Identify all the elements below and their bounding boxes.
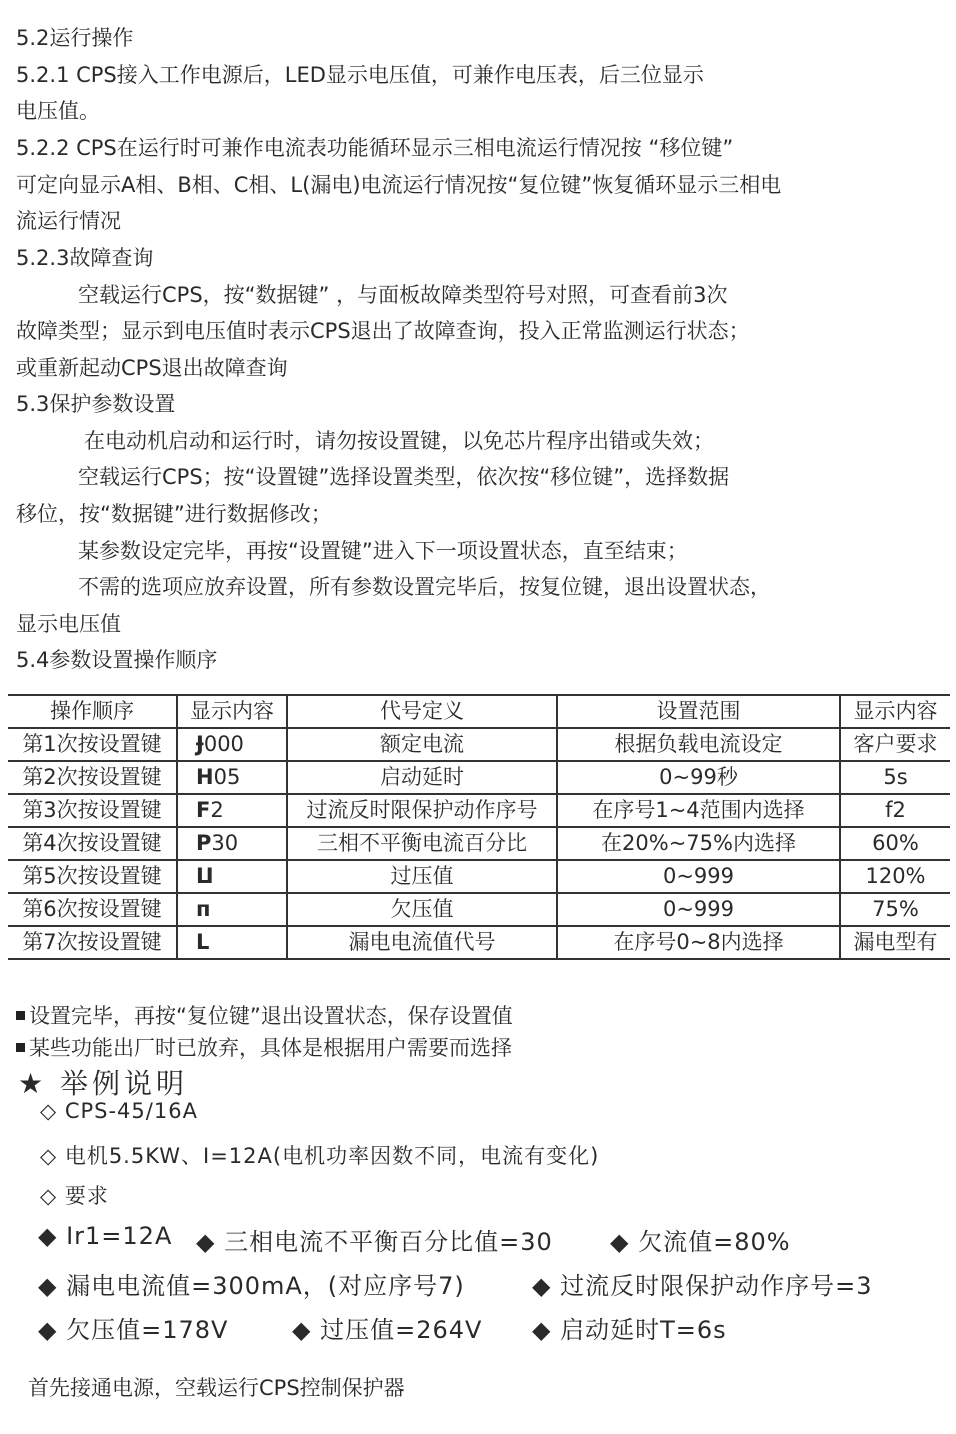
cell-definition: 漏电电流值代号 (287, 926, 557, 959)
code-value: 000 (204, 732, 244, 756)
cell-display-code: H05 (177, 761, 287, 794)
cell-definition: 过流反时限保护动作序号 (287, 794, 557, 827)
example-motor: ◇ 电机5.5KW、I=12A(电机功率因数不同，电流有变化) (40, 1140, 599, 1170)
header-display-value: 显示内容 (840, 695, 950, 728)
section-5-3-line-1: 在电动机启动和运行时，请勿按设置键，以免芯片程序出错或失效； (84, 427, 714, 455)
square-bullet-icon (16, 1011, 25, 1020)
cell-display-code: F2 (177, 794, 287, 827)
example-title: ★ 举例说明 (18, 1062, 188, 1102)
section-5-3-title: 5.3保护参数设置 (16, 390, 175, 418)
example-model: ◇ CPS-45/16A (40, 1099, 198, 1123)
cell-display: 客户要求 (840, 728, 950, 761)
cell-display: 60% (840, 827, 950, 860)
code-value: 05 (214, 765, 241, 789)
square-bullet-icon (16, 1043, 25, 1052)
cell-range: 0~999 (557, 860, 840, 893)
section-5-2-1-line-1: 5.2.1 CPS接入工作电源后，LED显示电压值，可兼作电压表，后三位显示 (16, 61, 704, 89)
section-5-3-line-3: 移位，按“数据键”进行数据修改； (16, 500, 332, 528)
note-text: 某些功能出厂时已放弃，具体是根据用户需要而选择 (29, 1036, 512, 1060)
section-5-2-3-line-1: 空载运行CPS，按“数据键” ，与面板故障类型符号对照，可查看前3次 (78, 281, 727, 309)
cell-range: 根据负载电流设定 (557, 728, 840, 761)
segment-glyph: F (196, 798, 210, 822)
cell-definition: 启动延时 (287, 761, 557, 794)
example-requirements-label: ◇ 要求 (40, 1180, 109, 1210)
code-value: 2 (210, 798, 223, 822)
cell-display-code: P30 (177, 827, 287, 860)
cell-definition: 三相不平衡电流百分比 (287, 827, 557, 860)
header-range: 设置范围 (557, 695, 840, 728)
cell-display: 75% (840, 893, 950, 926)
section-5-3-line-6: 显示电压值 (16, 610, 121, 638)
table-row: 第5次按设置键 ⵡ 过压值 0~999 120% (8, 860, 950, 893)
section-5-2-3-line-3: 或重新起动CPS退出故障查询 (16, 354, 288, 382)
table-row: 第6次按设置键 ᴨ 欠压值 0~999 75% (8, 893, 950, 926)
table-header-row: 操作顺序 显示内容 代号定义 设置范围 显示内容 (8, 695, 950, 728)
section-5-3-line-2: 空载运行CPS；按“设置键”选择设置类型，依次按“移位键”，选择数据 (78, 463, 729, 491)
req-imbalance: ◆ 三相电流不平衡百分比值=30 (196, 1222, 553, 1257)
table-row: 第4次按设置键 P30 三相不平衡电流百分比 在20%~75%内选择 60% (8, 827, 950, 860)
section-5-2-3-title: 5.2.3故障查询 (16, 244, 153, 272)
cell-step: 第4次按设置键 (8, 827, 177, 860)
cell-step: 第5次按设置键 (8, 860, 177, 893)
cell-step: 第3次按设置键 (8, 794, 177, 827)
section-5-2-2-line-1: 5.2.2 CPS在运行时可兼作电流表功能循环显示三相电流运行情况按 “移位键” (16, 134, 733, 162)
section-5-4-title: 5.4参数设置操作顺序 (16, 646, 217, 674)
code-value: 30 (211, 831, 238, 855)
section-5-2-3-line-2: 故障类型；显示到电压值时表示CPS退出了故障查询，投入正常监测运行状态； (16, 317, 750, 345)
note-factory-disabled: 某些功能出厂时已放弃，具体是根据用户需要而选择 (16, 1034, 512, 1062)
section-5-2-2-line-2: 可定向显示A相、B相、C相、L(漏电)电流运行情况按“复位键”恢复循环显示三相电 (16, 171, 781, 199)
cell-display: 5s (840, 761, 950, 794)
header-step: 操作顺序 (8, 695, 177, 728)
cell-range: 在序号1~4范围内选择 (557, 794, 840, 827)
req-leakage: ◆ 漏电电流值=300mA，(对应序号7) (38, 1266, 465, 1301)
cell-display-code: ⵡ (177, 860, 287, 893)
cell-range: 0~99秒 (557, 761, 840, 794)
segment-glyph: Ɉ (196, 732, 204, 756)
req-undervoltage: ◆ 欠压值=178V (38, 1310, 228, 1345)
cell-definition: 额定电流 (287, 728, 557, 761)
table-row: 第3次按设置键 F2 过流反时限保护动作序号 在序号1~4范围内选择 f2 (8, 794, 950, 827)
section-5-2-title: 5.2运行操作 (16, 24, 133, 52)
section-5-2-2-line-3: 流运行情况 (16, 207, 121, 235)
table-row: 第1次按设置键 Ɉ000 额定电流 根据负载电流设定 客户要求 (8, 728, 950, 761)
section-5-2-1-line-2: 电压值。 (16, 97, 100, 125)
segment-glyph: H (196, 765, 214, 789)
cell-step: 第6次按设置键 (8, 893, 177, 926)
note-text: 设置完毕，再按“复位键”退出设置状态，保存设置值 (29, 1004, 513, 1028)
cell-definition: 过压值 (287, 860, 557, 893)
segment-glyph: ⵡ (196, 864, 214, 888)
segment-glyph: ᴨ (196, 897, 211, 921)
cell-step: 第1次按设置键 (8, 728, 177, 761)
cell-definition: 欠压值 (287, 893, 557, 926)
note-save-settings: 设置完毕，再按“复位键”退出设置状态，保存设置值 (16, 1002, 513, 1030)
cell-display: f2 (840, 794, 950, 827)
section-5-3-line-4: 某参数设定完毕，再按“设置键”进入下一项设置状态，直至结束； (78, 537, 688, 565)
cell-display: 漏电型有 (840, 926, 950, 959)
cell-display-code: ᴨ (177, 893, 287, 926)
header-definition: 代号定义 (287, 695, 557, 728)
header-display: 显示内容 (177, 695, 287, 728)
cell-step: 第7次按设置键 (8, 926, 177, 959)
cell-display: 120% (840, 860, 950, 893)
cell-display-code: Ɉ000 (177, 728, 287, 761)
cell-range: 0~999 (557, 893, 840, 926)
req-overvoltage: ◆ 过压值=264V (292, 1310, 482, 1345)
cell-range: 在20%~75%内选择 (557, 827, 840, 860)
cell-range: 在序号0~8内选择 (557, 926, 840, 959)
cell-step: 第2次按设置键 (8, 761, 177, 794)
req-overcurrent-curve: ◆ 过流反时限保护动作序号=3 (532, 1266, 872, 1301)
table-row: 第2次按设置键 H05 启动延时 0~99秒 5s (8, 761, 950, 794)
section-5-3-line-5: 不需的选项应放弃设置，所有参数设置完毕后，按复位键，退出设置状态， (78, 573, 771, 601)
req-ir1: ◆ Ir1=12A (38, 1222, 172, 1250)
req-undercurrent: ◆ 欠流值=80% (610, 1222, 791, 1257)
req-start-delay: ◆ 启动延时T=6s (532, 1310, 727, 1345)
parameter-settings-table: 操作顺序 显示内容 代号定义 设置范围 显示内容 第1次按设置键 Ɉ000 额定… (8, 694, 950, 960)
final-instruction: 首先接通电源，空载运行CPS控制保护器 (28, 1372, 405, 1402)
cell-display-code: L (177, 926, 287, 959)
table-row: 第7次按设置键 L 漏电电流值代号 在序号0~8内选择 漏电型有 (8, 926, 950, 959)
segment-glyph: L (196, 930, 209, 954)
segment-glyph: P (196, 831, 211, 855)
